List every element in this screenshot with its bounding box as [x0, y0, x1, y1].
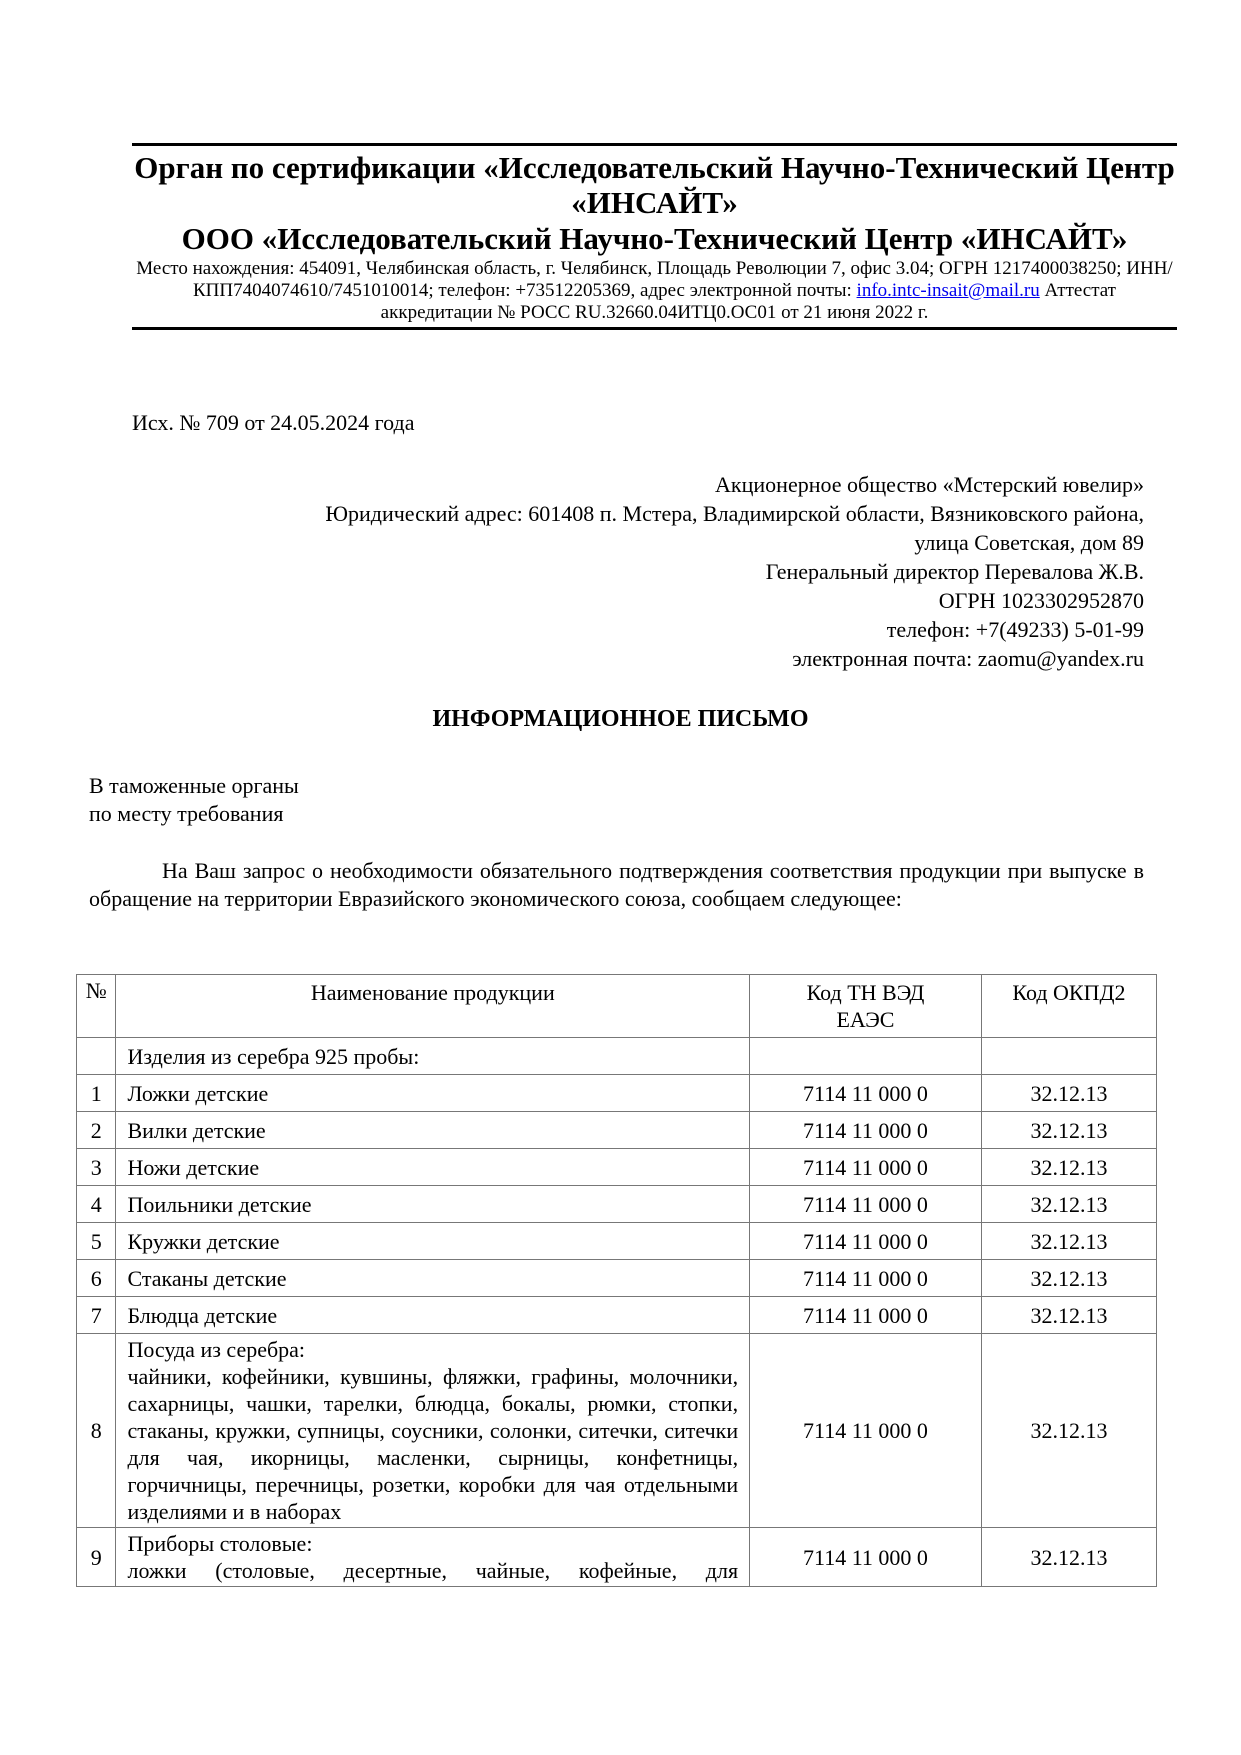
- header-tnved-line2: ЕАЭС: [836, 1007, 894, 1032]
- row-name: Кружки детские: [116, 1223, 750, 1260]
- row-name-heading: Посуда из серебра:: [127, 1336, 738, 1363]
- row-tnved-code: 7114 11 000 0: [750, 1112, 982, 1149]
- row-name: Вилки детские: [116, 1112, 750, 1149]
- section-num-cell: [77, 1038, 116, 1075]
- row-name-details: чайники, кофейники, кувшины, фляжки, гра…: [127, 1363, 738, 1525]
- row-okpd-code: 32.12.13: [981, 1334, 1156, 1528]
- table-row: 7 Блюдца детские 7114 11 000 0 32.12.13: [77, 1297, 1157, 1334]
- table-header-row: № Наименование продукции Код ТН ВЭДЕАЭС …: [77, 975, 1157, 1038]
- document-title: ИНФОРМАЦИОННОЕ ПИСЬМО: [0, 706, 1241, 733]
- letterhead: Орган по сертификации «Исследовательский…: [132, 143, 1177, 330]
- outgoing-reference: Исх. № 709 от 24.05.2024 года: [132, 410, 414, 436]
- products-table: № Наименование продукции Код ТН ВЭДЕАЭС …: [76, 974, 1157, 1587]
- row-okpd-code: 32.12.13: [981, 1149, 1156, 1186]
- row-num: 4: [77, 1186, 116, 1223]
- table-section-row: Изделия из серебра 925 пробы:: [77, 1038, 1157, 1075]
- row-name: Блюдца детские: [116, 1297, 750, 1334]
- table-row: 4 Поильники детские 7114 11 000 0 32.12.…: [77, 1186, 1157, 1223]
- section-okpd-cell: [981, 1038, 1156, 1075]
- row-okpd-code: 32.12.13: [981, 1186, 1156, 1223]
- row-tnved-code: 7114 11 000 0: [750, 1075, 982, 1112]
- row-okpd-code: 32.12.13: [981, 1297, 1156, 1334]
- row-tnved-code: 7114 11 000 0: [750, 1149, 982, 1186]
- table-row: 8 Посуда из серебра: чайники, кофейники,…: [77, 1334, 1157, 1528]
- company-email-link[interactable]: info.intc-insait@mail.ru: [857, 280, 1040, 301]
- row-name: Приборы столовые: ложки (столовые, десер…: [116, 1528, 750, 1587]
- row-tnved-code: 7114 11 000 0: [750, 1297, 982, 1334]
- row-tnved-code: 7114 11 000 0: [750, 1334, 982, 1528]
- table-row: 3 Ножи детские 7114 11 000 0 32.12.13: [77, 1149, 1157, 1186]
- row-num: 9: [77, 1528, 116, 1587]
- section-code-cell: [750, 1038, 982, 1075]
- recipient-block: Акционерное общество «Мстерский ювелир» …: [184, 470, 1144, 673]
- intro-paragraph: На Ваш запрос о необходимости обязательн…: [89, 857, 1144, 913]
- row-num: 6: [77, 1260, 116, 1297]
- row-num: 5: [77, 1223, 116, 1260]
- row-tnved-code: 7114 11 000 0: [750, 1186, 982, 1223]
- company-title: ООО «Исследовательский Научно-Технически…: [132, 220, 1177, 258]
- row-name-heading: Приборы столовые:: [127, 1530, 738, 1557]
- addressee-line-2: по месту требования: [89, 800, 299, 828]
- row-okpd-code: 32.12.13: [981, 1528, 1156, 1587]
- row-okpd-code: 32.12.13: [981, 1075, 1156, 1112]
- row-num: 7: [77, 1297, 116, 1334]
- header-tnved: Код ТН ВЭДЕАЭС: [750, 975, 982, 1038]
- recipient-company: Акционерное общество «Мстерский ювелир»: [184, 470, 1144, 499]
- row-name: Посуда из серебра: чайники, кофейники, к…: [116, 1334, 750, 1528]
- certification-body-title: Орган по сертификации «Исследовательский…: [132, 150, 1177, 220]
- table-row: 9 Приборы столовые: ложки (столовые, дес…: [77, 1528, 1157, 1587]
- header-tnved-line1: Код ТН ВЭД: [807, 980, 925, 1005]
- header-num: №: [77, 975, 116, 1038]
- recipient-street: улица Советская, дом 89: [184, 528, 1144, 557]
- row-name-details: ложки (столовые, десертные, чайные, кофе…: [127, 1557, 738, 1584]
- row-tnved-code: 7114 11 000 0: [750, 1223, 982, 1260]
- recipient-legal-address: Юридический адрес: 601408 п. Мстера, Вла…: [184, 499, 1144, 528]
- header-name: Наименование продукции: [116, 975, 750, 1038]
- row-num: 3: [77, 1149, 116, 1186]
- header-okpd: Код ОКПД2: [981, 975, 1156, 1038]
- document-page: Орган по сертификации «Исследовательский…: [0, 0, 1241, 1755]
- row-okpd-code: 32.12.13: [981, 1260, 1156, 1297]
- recipient-phone: телефон: +7(49233) 5-01-99: [184, 615, 1144, 644]
- section-label: Изделия из серебра 925 пробы:: [116, 1038, 750, 1075]
- row-tnved-code: 7114 11 000 0: [750, 1528, 982, 1587]
- recipient-director: Генеральный директор Перевалова Ж.В.: [184, 557, 1144, 586]
- table-row: 5 Кружки детские 7114 11 000 0 32.12.13: [77, 1223, 1157, 1260]
- row-okpd-code: 32.12.13: [981, 1223, 1156, 1260]
- row-name: Стаканы детские: [116, 1260, 750, 1297]
- table-row: 6 Стаканы детские 7114 11 000 0 32.12.13: [77, 1260, 1157, 1297]
- table-row: 1 Ложки детские 7114 11 000 0 32.12.13: [77, 1075, 1157, 1112]
- row-name: Ножи детские: [116, 1149, 750, 1186]
- recipient-email: электронная почта: zaomu@yandex.ru: [184, 644, 1144, 673]
- row-num: 1: [77, 1075, 116, 1112]
- row-okpd-code: 32.12.13: [981, 1112, 1156, 1149]
- company-details: Место нахождения: 454091, Челябинская об…: [132, 258, 1177, 324]
- row-name: Ложки детские: [116, 1075, 750, 1112]
- addressee-block: В таможенные органы по месту требования: [89, 772, 299, 828]
- table-row: 2 Вилки детские 7114 11 000 0 32.12.13: [77, 1112, 1157, 1149]
- recipient-ogrn: ОГРН 1023302952870: [184, 586, 1144, 615]
- row-num: 8: [77, 1334, 116, 1528]
- row-tnved-code: 7114 11 000 0: [750, 1260, 982, 1297]
- row-num: 2: [77, 1112, 116, 1149]
- row-name: Поильники детские: [116, 1186, 750, 1223]
- addressee-line-1: В таможенные органы: [89, 772, 299, 800]
